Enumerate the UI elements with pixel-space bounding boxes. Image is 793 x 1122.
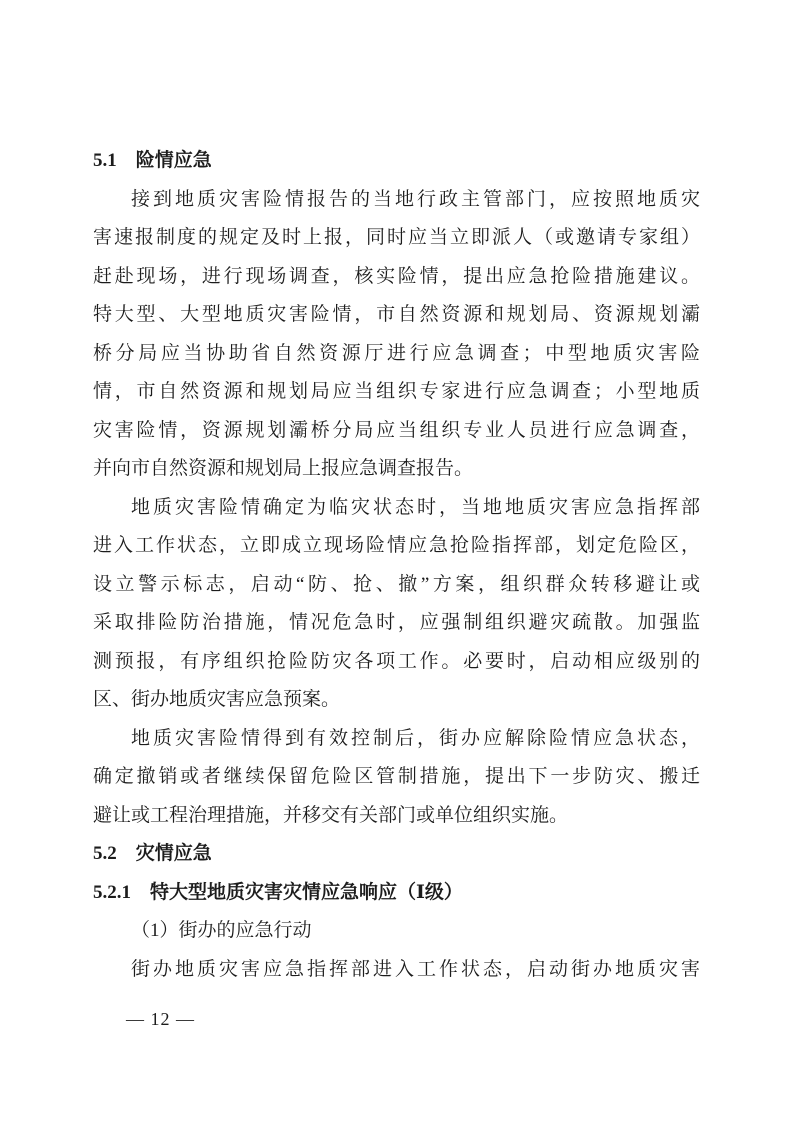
paragraph-1-line: 接到地质灾害险情报告的当地行政主管部门，应按照地质灾	[93, 181, 700, 220]
paragraph-1-line: 害速报制度的规定及时上报，同时应当立即派人（或邀请专家组）	[93, 219, 700, 258]
document-body: 5.1 险情应急 接到地质灾害险情报告的当地行政主管部门，应按照地质灾 害速报制…	[93, 142, 700, 989]
paragraph-2-line: 进入工作状态，立即成立现场险情应急抢险指挥部，划定危险区，	[93, 527, 700, 566]
paragraph-2-line: 设立警示标志，启动“防、抢、撤”方案，组织群众转移避让或	[93, 566, 700, 605]
heading-5-2-1: 5.2.1 特大型地质灾害灾情应急响应（Ⅰ级）	[93, 874, 700, 913]
page-number: — 12 —	[126, 1009, 195, 1029]
paragraph-1-line: 特大型、大型地质灾害险情，市自然资源和规划局、资源规划灞	[93, 296, 700, 335]
paragraph-1-line: 灾害险情，资源规划灞桥分局应当组织专业人员进行应急调查，	[93, 412, 700, 451]
paragraph-1-line: 桥分局应当协助省自然资源厅进行应急调查；中型地质灾害险	[93, 335, 700, 374]
paragraph-3-line: 确定撤销或者继续保留危险区管制措施，提出下一步防灾、搬迁	[93, 758, 700, 797]
paragraph-3-line: 避让或工程治理措施，并移交有关部门或单位组织实施。	[93, 797, 700, 836]
paragraph-1-line: 赶赴现场，进行现场调查，核实险情，提出应急抢险措施建议。	[93, 258, 700, 297]
paragraph-2-line: 测预报，有序组织抢险防灾各项工作。必要时，启动相应级别的	[93, 643, 700, 682]
paragraph-1-line: 情，市自然资源和规划局应当组织专家进行应急调查；小型地质	[93, 373, 700, 412]
heading-5-1: 5.1 险情应急	[93, 142, 700, 181]
subitem-1-heading: （1）街办的应急行动	[93, 912, 700, 951]
paragraph-2-line: 地质灾害险情确定为临灾状态时，当地地质灾害应急指挥部	[93, 489, 700, 528]
document-page: 5.1 险情应急 接到地质灾害险情报告的当地行政主管部门，应按照地质灾 害速报制…	[0, 0, 793, 1122]
page-footer: — 12 —	[126, 1005, 195, 1033]
paragraph-1-line: 并向市自然资源和规划局上报应急调查报告。	[93, 450, 700, 489]
paragraph-3-line: 地质灾害险情得到有效控制后，街办应解除险情应急状态，	[93, 720, 700, 759]
paragraph-2-line: 采取排险防治措施，情况危急时，应强制组织避灾疏散。加强监	[93, 604, 700, 643]
heading-5-2: 5.2 灾情应急	[93, 835, 700, 874]
paragraph-4-line: 街办地质灾害应急指挥部进入工作状态，启动街办地质灾害	[93, 951, 700, 990]
paragraph-2-line: 区、街办地质灾害应急预案。	[93, 681, 700, 720]
